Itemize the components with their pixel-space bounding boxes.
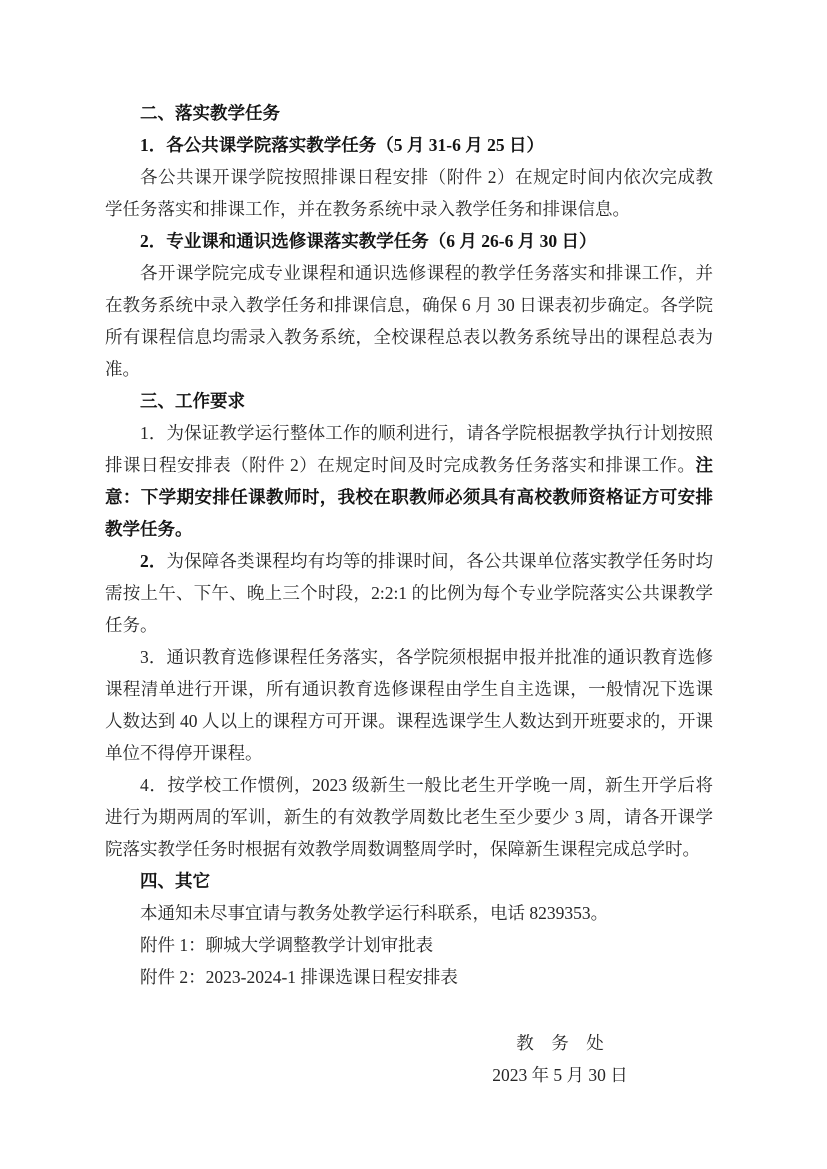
text-run-bold: 2．专业课和通识选修课落实教学任务（6 月 26-6 月 30 日） (140, 231, 596, 251)
text-run-bold: 三、工作要求 (140, 391, 245, 411)
paragraph: 各公共课开课学院按照排课日程安排（附件 2）在规定时间内依次完成教学任务落实和排… (105, 161, 713, 225)
text-run: 各开课学院完成专业课程和通识选修课程的教学任务落实和排课工作，并在教务系统中录入… (105, 263, 713, 379)
text-run-bold: 1．各公共课学院落实教学任务（5 月 31-6 月 25 日） (140, 135, 544, 155)
sub-heading: 1．各公共课学院落实教学任务（5 月 31-6 月 25 日） (105, 129, 713, 161)
text-run: 各公共课开课学院按照排课日程安排（附件 2）在规定时间内依次完成教学任务落实和排… (105, 167, 713, 219)
paragraph: 本通知未尽事宜请与教务处教学运行科联系，电话 8239353。 (105, 897, 713, 929)
text-run: 1．为保证教学运行整体工作的顺利进行，请各学院根据教学执行计划按照排课日程安排表… (105, 423, 713, 475)
text-run: 4．按学校工作惯例，2023 级新生一般比老生开学晚一周，新生开学后将进行为期两… (105, 775, 713, 859)
text-run-bold: 2． (140, 551, 167, 571)
signature-department: 教 务 处 (450, 1027, 670, 1059)
text-run: 附件 1：聊城大学调整教学计划审批表 (140, 935, 433, 955)
section-heading: 三、工作要求 (105, 385, 713, 417)
text-run: 本通知未尽事宜请与教务处教学运行科联系，电话 8239353。 (140, 903, 608, 923)
text-run: 为保障各类课程均有均等的排课时间，各公共课单位落实教学任务时均需按上午、下午、晚… (105, 551, 713, 635)
paragraph: 附件 1：聊城大学调整教学计划审批表 (105, 929, 713, 961)
signature-block: 教 务 处 2023 年 5 月 30 日 (450, 1027, 670, 1091)
section-heading: 四、其它 (105, 865, 713, 897)
paragraph: 1．为保证教学运行整体工作的顺利进行，请各学院根据教学执行计划按照排课日程安排表… (105, 417, 713, 545)
text-run-bold: 四、其它 (140, 871, 210, 891)
paragraph-list: 二、落实教学任务1．各公共课学院落实教学任务（5 月 31-6 月 25 日）各… (105, 97, 713, 993)
document-page: 二、落实教学任务1．各公共课学院落实教学任务（5 月 31-6 月 25 日）各… (0, 0, 827, 1169)
paragraph: 3．通识教育选修课程任务落实，各学院须根据申报并批准的通识教育选修课程清单进行开… (105, 641, 713, 769)
paragraph: 4．按学校工作惯例，2023 级新生一般比老生开学晚一周，新生开学后将进行为期两… (105, 769, 713, 865)
section-heading: 二、落实教学任务 (105, 97, 713, 129)
text-run: 附件 2：2023-2024-1 排课选课日程安排表 (140, 967, 458, 987)
signature-date: 2023 年 5 月 30 日 (450, 1059, 670, 1091)
paragraph: 附件 2：2023-2024-1 排课选课日程安排表 (105, 961, 713, 993)
paragraph: 各开课学院完成专业课程和通识选修课程的教学任务落实和排课工作，并在教务系统中录入… (105, 257, 713, 385)
text-run-bold: 二、落实教学任务 (140, 103, 280, 123)
text-run: 3．通识教育选修课程任务落实，各学院须根据申报并批准的通识教育选修课程清单进行开… (105, 647, 713, 763)
sub-heading: 2．专业课和通识选修课落实教学任务（6 月 26-6 月 30 日） (105, 225, 713, 257)
paragraph: 2．为保障各类课程均有均等的排课时间，各公共课单位落实教学任务时均需按上午、下午… (105, 545, 713, 641)
document-content: 二、落实教学任务1．各公共课学院落实教学任务（5 月 31-6 月 25 日）各… (105, 97, 713, 1091)
